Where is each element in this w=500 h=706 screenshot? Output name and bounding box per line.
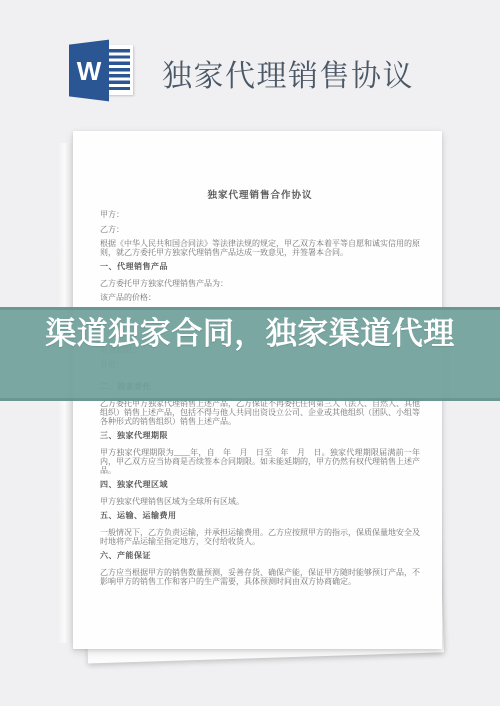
contract-paragraph: 该产品的价格： [100, 293, 420, 302]
contract-section-heading: 六、产能保证 [100, 551, 420, 561]
header: W 独家代理销售协议 [0, 0, 500, 120]
contract-title: 独家代理销售合作协议 [100, 190, 420, 202]
party-a-line: 甲方： [100, 210, 420, 219]
word-icon-cover: W [69, 39, 109, 102]
promo-banner-text: 渠道独家合同，独家渠道代理 [45, 316, 455, 352]
contract-section-heading: 四、独家代理区域 [100, 480, 420, 490]
contract-paragraph: 甲方独家代理销售区域为全球所有区域。 [100, 497, 420, 506]
contract-section: 六、产能保证乙方应当根据甲方的销售数量预测，妥善存货、确保产能，保证甲方随时能够… [100, 551, 420, 586]
contract-paragraph: 乙方应当根据甲方的销售数量预测，妥善存货、确保产能，保证甲方随时能够预订产品，不… [100, 568, 420, 586]
contract-paragraph: 乙方委托甲方独家代理销售产品为： [100, 279, 420, 288]
page-title: 独家代理销售协议 [162, 51, 414, 95]
party-b-line: 乙方： [100, 225, 420, 234]
word-document-icon: W [69, 39, 137, 102]
contract-section-heading: 一、代理销售产品 [100, 262, 420, 272]
contract-section: 三、独家代理期限甲方独家代理期限为____年，自 年 月 日至 年 月 日。独家… [100, 431, 420, 475]
contract-section: 四、独家代理区域甲方独家代理销售区域为全球所有区域。 [100, 480, 420, 506]
contract-section-heading: 五、运输、运输费用 [100, 511, 420, 521]
contract-paragraph: 甲方独家代理期限为____年，自 年 月 日至 年 月 日。独家代理期限届满前一… [100, 448, 420, 475]
contract-paragraph: 乙方委托甲方独家代理销售上述产品，乙方保证不再委托任何第三人（法人、自然人、其他… [100, 399, 420, 426]
contract-section-heading: 三、独家代理期限 [100, 431, 420, 441]
contract-paragraph: 一般情况下，乙方负责运输，并承担运输费用。乙方应按照甲方的指示，保质保量地安全及… [100, 528, 420, 546]
contract-section: 五、运输、运输费用一般情况下，乙方负责运输，并承担运输费用。乙方应按照甲方的指示… [100, 511, 420, 546]
promo-banner: 渠道独家合同，独家渠道代理 [0, 307, 500, 401]
word-icon-letter: W [77, 58, 102, 84]
contract-preamble: 根据《中华人民共和国合同法》等法律法规的规定，甲乙双方本着平等自愿和诚实信用的原… [100, 239, 420, 257]
